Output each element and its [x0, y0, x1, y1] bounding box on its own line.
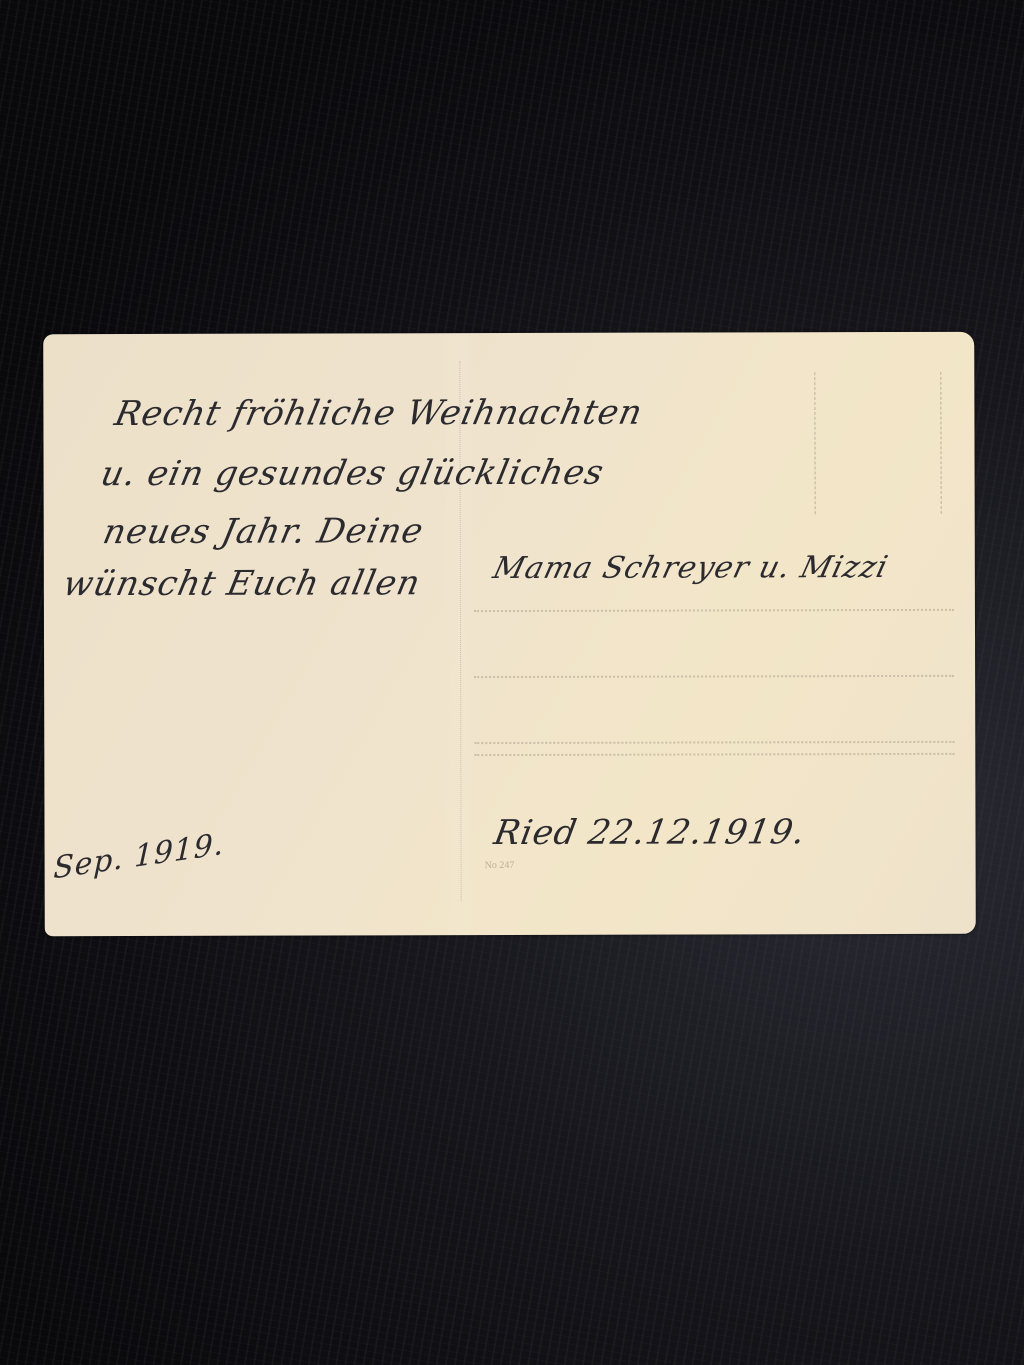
stamp-box [814, 372, 941, 514]
message-line-3: neues Jahr. Deine [100, 511, 428, 552]
place-date: Ried 22.12.1919. [491, 812, 809, 853]
archive-note: Sep. 1919. [53, 826, 225, 886]
signature: Mama Schreyer u. Mizzi [490, 550, 892, 586]
message-line-4: wünscht Euch allen [60, 563, 425, 604]
address-line [474, 609, 954, 612]
address-line [474, 675, 954, 678]
printed-number: No 247 [485, 860, 515, 871]
address-line [474, 741, 954, 744]
message-line-1: Recht fröhliche Weihnachten [111, 393, 646, 434]
address-line [474, 753, 954, 756]
postcard: Recht fröhliche Weihnachten u. ein gesun… [43, 332, 976, 936]
message-line-2: u. ein gesundes glückliches [97, 453, 607, 494]
